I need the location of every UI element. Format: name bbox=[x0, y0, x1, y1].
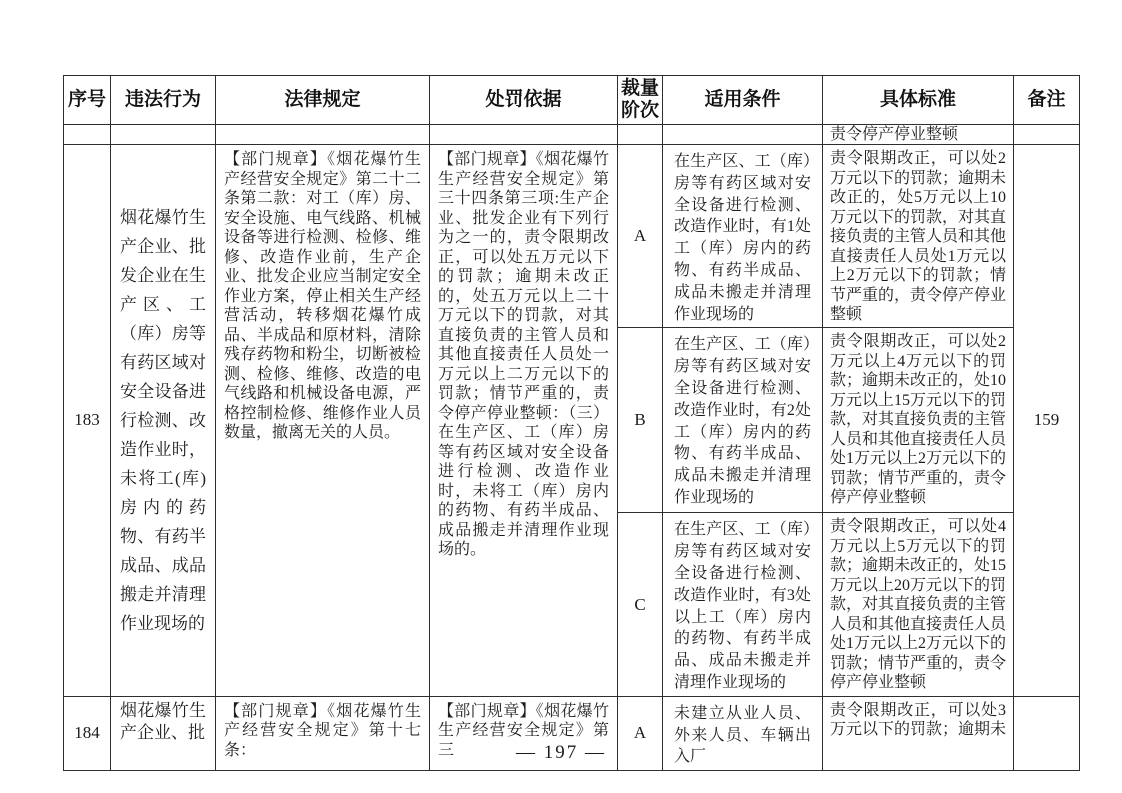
table-header-row: 序号 违法行为 法律规定 处罚依据 裁量阶次 适用条件 具体标准 备注 bbox=[64, 76, 1080, 125]
cell-condition-183-c: 在生产区、工（库）房等有药区域对安全设备进行检测、改造作业时，有3处以上工（库）… bbox=[663, 513, 823, 696]
cell-condition-183-a: 在生产区、工（库）房等有药区域对安全设备进行检测、改造作业时，有1处工（库）房内… bbox=[663, 145, 823, 328]
cell-law-183: 【部门规章】《烟花爆竹生产经营安全规定》第二十二条第二款：对工（库）房、安全设施… bbox=[216, 145, 430, 697]
col-header-basis: 处罚依据 bbox=[430, 76, 618, 125]
carryover-law-cell bbox=[216, 125, 430, 145]
carryover-standard-cell: 责令停产停业整顿 bbox=[823, 125, 1014, 145]
table-row-183-level-a: 183 烟花爆竹生产企业、批发企业在生产区、工（库）房等有药区域对安全设备进行检… bbox=[64, 145, 1080, 328]
carryover-row: 责令停产停业整顿 bbox=[64, 125, 1080, 145]
carryover-note-cell bbox=[1014, 125, 1080, 145]
col-header-seq: 序号 bbox=[64, 76, 111, 125]
cell-basis-183: 【部门规章】《烟花爆竹生产经营安全规定》第三十四条第三项:生产企业、批发企业有下… bbox=[430, 145, 618, 697]
col-header-condition: 适用条件 bbox=[663, 76, 823, 125]
col-header-law: 法律规定 bbox=[216, 76, 430, 125]
penalty-discretion-table: 序号 违法行为 法律规定 处罚依据 裁量阶次 适用条件 具体标准 备注 责令停产… bbox=[63, 75, 1080, 771]
carryover-seq-cell bbox=[64, 125, 111, 145]
col-header-level: 裁量阶次 bbox=[618, 76, 663, 125]
carryover-basis-cell bbox=[430, 125, 618, 145]
col-header-behavior: 违法行为 bbox=[111, 76, 216, 125]
cell-standard-183-b: 责令限期改正，可以处2万元以上4万元以下的罚款；逾期未改正的，处10万元以上15… bbox=[823, 328, 1014, 513]
cell-standard-183-c: 责令限期改正，可以处4万元以上5万元以下的罚款；逾期未改正的，处15万元以上20… bbox=[823, 513, 1014, 696]
carryover-level-cell bbox=[618, 125, 663, 145]
cell-level-183-a: A bbox=[618, 145, 663, 328]
carryover-condition-cell bbox=[663, 125, 823, 145]
cell-seq-183: 183 bbox=[64, 145, 111, 697]
document-page: 序号 违法行为 法律规定 处罚依据 裁量阶次 适用条件 具体标准 备注 责令停产… bbox=[0, 0, 1122, 793]
col-header-note: 备注 bbox=[1014, 76, 1080, 125]
cell-condition-183-b: 在生产区、工（库）房等有药区域对安全设备进行检测、改造作业时，有2处工（库）房内… bbox=[663, 328, 823, 513]
cell-behavior-183: 烟花爆竹生产企业、批发企业在生产区、工（库）房等有药区域对安全设备进行检测、改造… bbox=[111, 145, 216, 697]
carryover-behavior-cell bbox=[111, 125, 216, 145]
cell-level-183-b: B bbox=[618, 328, 663, 513]
cell-level-183-c: C bbox=[618, 513, 663, 696]
cell-standard-183-a: 责令限期改正，可以处2万元以下的罚款；逾期未改正的，处5万元以上10万元以下的罚… bbox=[823, 145, 1014, 328]
page-number: — 197 — bbox=[0, 742, 1122, 764]
cell-note-183: 159 bbox=[1014, 145, 1080, 697]
col-header-standard: 具体标准 bbox=[823, 76, 1014, 125]
